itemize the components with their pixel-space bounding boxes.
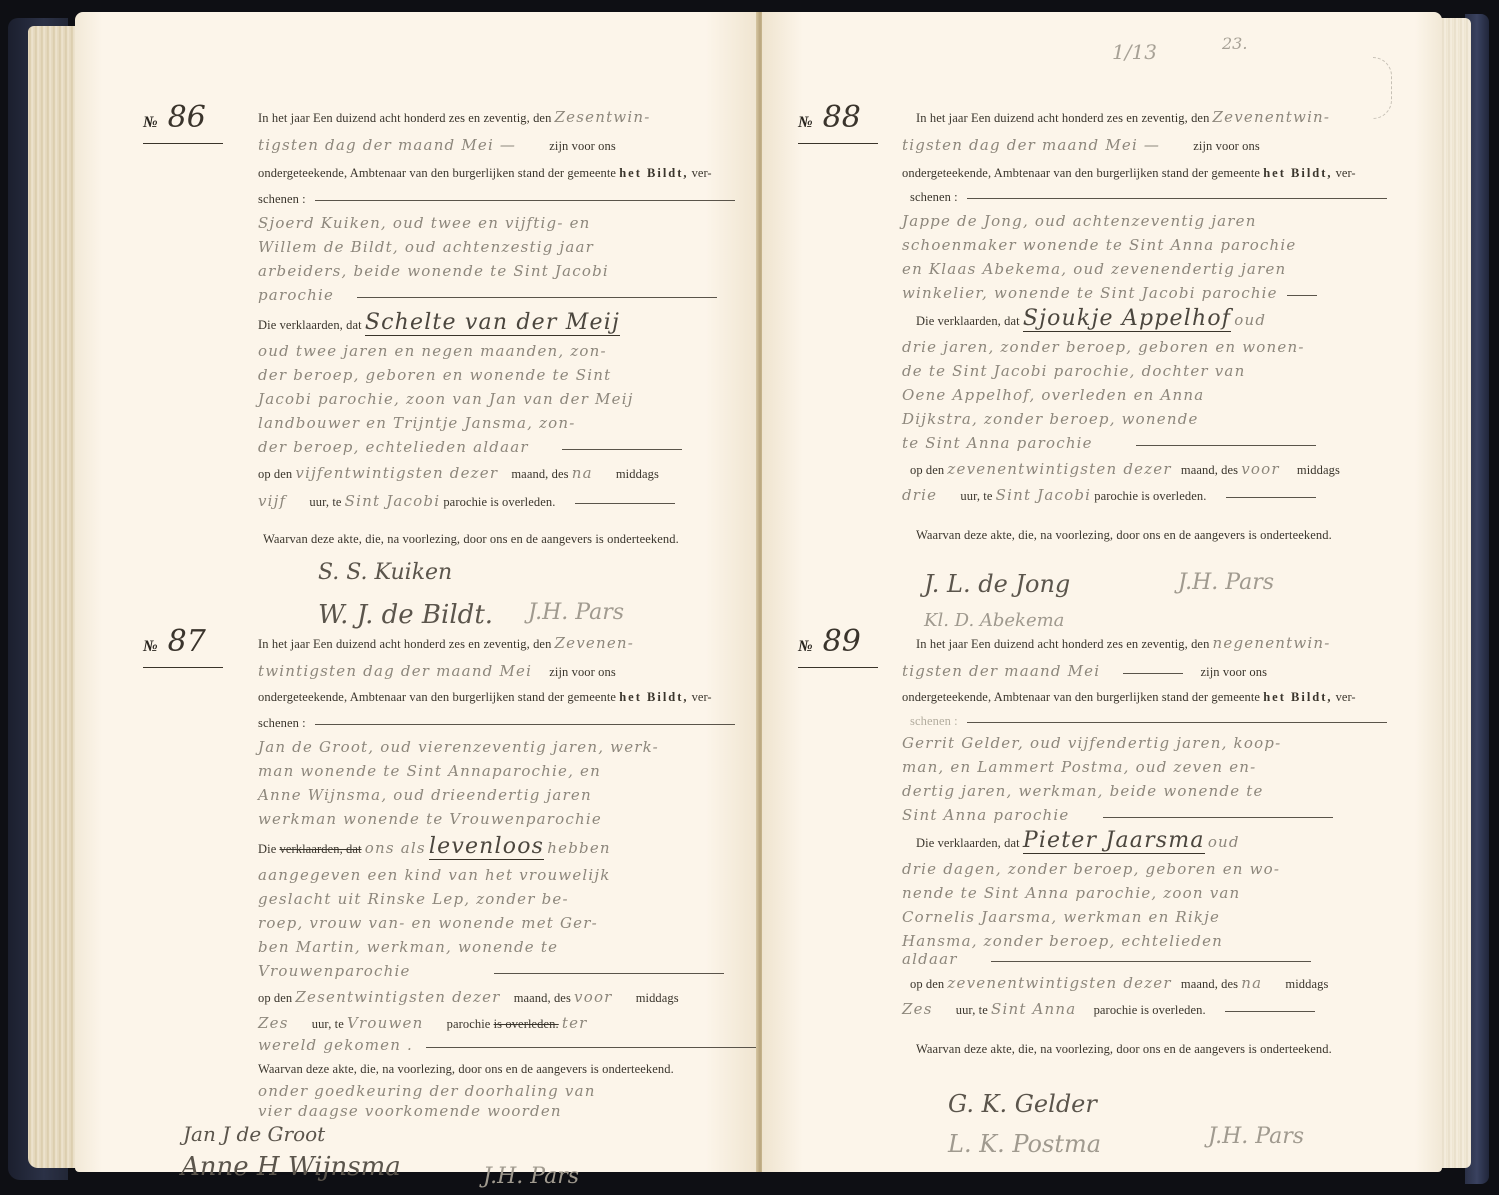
appeared-line: arbeiders, beide wonende te Sint Jacobi [258, 260, 609, 282]
deceased-name: Schelte van der Meij [365, 310, 620, 336]
deceased-name: Sjoukje Appelhof [1023, 306, 1231, 332]
signature: Kl. D. Abekema [924, 610, 1064, 631]
page-number: 23. [1222, 34, 1247, 53]
appeared-line: Sjoerd Kuiken, oud twee en vijftig- en [258, 212, 591, 234]
entry-number: №88 [798, 100, 878, 144]
signature: J.H. Pars [483, 1164, 579, 1189]
handwritten-day: Zesentwin- [555, 108, 651, 126]
signature: J.H. Pars [1208, 1124, 1304, 1149]
appeared-line: Willem de Bildt, oud achtenzestig jaar [258, 236, 594, 258]
printed-opening: In het jaar Een duizend acht honderd zes… [258, 111, 551, 125]
signature: S. S. Kuiken [318, 560, 452, 585]
addendum-line: vier daagse voorkomende woorden [258, 1100, 562, 1122]
signature: J. L. de Jong [924, 570, 1070, 598]
addendum-line: onder goedkeuring der doorhaling van [258, 1080, 596, 1102]
right-page: 1/13 23. №88 In het jaar Een duizend ach… [762, 12, 1442, 1172]
signature: W. J. de Bildt. [318, 600, 493, 630]
entry-number: №89 [798, 624, 878, 668]
deceased-name: Pieter Jaarsma [1023, 828, 1205, 854]
signature: Jan J de Groot [183, 1122, 325, 1146]
signature: L. K. Postma [948, 1130, 1101, 1158]
signature: J.H. Pars [1178, 570, 1274, 595]
entry-number: №86 [143, 100, 223, 144]
signature: G. K. Gelder [948, 1090, 1097, 1118]
entry-number: №87 [143, 624, 223, 668]
folio-mark: 1/13 [1112, 40, 1157, 64]
signature: J.H. Pars [528, 600, 624, 625]
left-page: №86 In het jaar Een duizend acht honderd… [75, 12, 760, 1172]
library-stamp [1373, 57, 1392, 119]
signature: Anne H Wijnsma [181, 1152, 401, 1182]
deceased-name: levenloos [429, 834, 544, 860]
